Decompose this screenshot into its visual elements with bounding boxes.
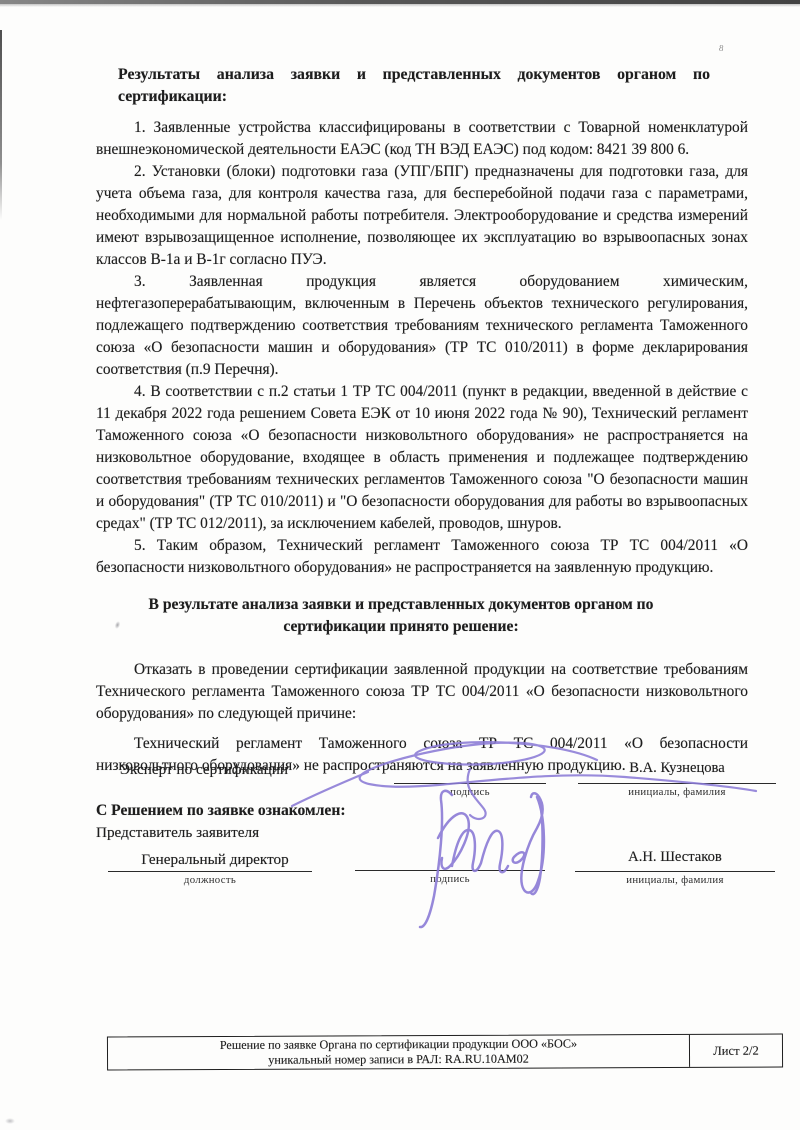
footer-table: Решение по заявке Органа по сертификации… [107,1034,783,1071]
acknowledged-heading: С Решением по заявке ознакомлен: [96,802,346,820]
scan-smudge [5,1118,15,1124]
expert-name-caption: инициалы, фамилия [578,786,776,798]
paragraph-3: 3. Заявленная продукция является оборудо… [96,271,748,381]
paragraph-4: 4. В соответствии с п.2 статьи 1 ТР ТС 0… [96,381,748,535]
expert-role-label: Эксперт по сертификации [120,761,288,779]
scanned-document-page: 8 Результаты анализа заявки и представле… [0,0,800,1130]
decision-paragraph-1: Отказать в проведении сертификации заявл… [96,659,748,725]
acknowledged-subheading: Представитель заявителя [96,824,259,842]
expert-name-line [578,783,776,784]
director-signature-ink [420,791,544,927]
scan-left-edge [0,30,2,220]
paragraph-2: 2. Установки (блоки) подготовки газа (УП… [96,161,748,271]
document-heading: Результаты анализа заявки и представленн… [118,64,710,108]
scan-corner-mark: 8 [718,43,724,54]
expert-signature-caption: подпись [394,786,546,798]
document-body: Результаты анализа заявки и представленн… [96,64,748,777]
director-signature-line [355,870,545,871]
footer-sheet-cell: Лист 2/2 [690,1035,782,1067]
decision-heading: В результате анализа заявки и представле… [116,594,686,638]
director-signature-caption: подпись [355,873,545,885]
expert-signature-line [394,783,546,784]
expert-name: В.А. Кузнецова [578,760,776,777]
director-position: Генеральный директор [118,851,312,869]
position-line [108,871,312,872]
paragraph-1: 1. Заявленные устройства классифицирован… [96,117,748,161]
paragraph-5: 5. Таким образом, Технический регламент … [96,535,748,579]
position-caption: должность [108,874,312,886]
director-name-line [575,871,775,872]
director-name-caption: инициалы, фамилия [575,874,775,886]
footer-line-2: уникальный номер записи в РАЛ: RA.RU.10A… [108,1051,689,1069]
footer-description-cell: Решение по заявке Органа по сертификации… [108,1035,690,1070]
director-name: А.Н. Шестаков [575,849,775,866]
scan-top-edge-fade [0,4,800,7]
